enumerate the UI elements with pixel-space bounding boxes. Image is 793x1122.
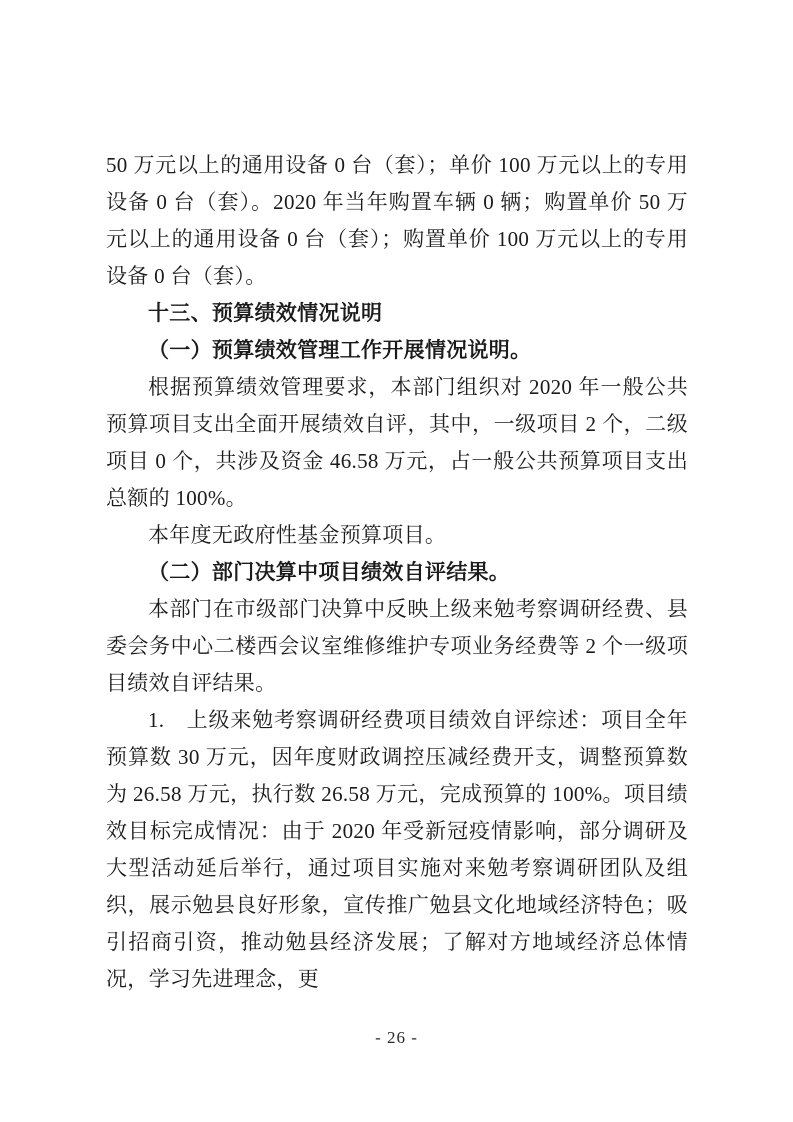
document-body: 50 万元以上的通用设备 0 台（套）；单价 100 万元以上的专用设备 0 台… bbox=[106, 147, 688, 998]
subsection-heading-2: （二）部门决算中项目绩效自评结果。 bbox=[106, 554, 688, 591]
page-number: - 26 - bbox=[375, 1028, 418, 1047]
subsection-heading-1: （一）预算绩效管理工作开展情况说明。 bbox=[106, 332, 688, 369]
page-footer: - 26 - bbox=[0, 1028, 793, 1048]
section-heading-13: 十三、预算绩效情况说明 bbox=[106, 295, 688, 332]
paragraph: 本年度无政府性基金预算项目。 bbox=[106, 517, 688, 554]
paragraph: 1. 上级来勉考察调研经费项目绩效自评综述：项目全年预算数 30 万元，因年度财… bbox=[106, 702, 688, 998]
document-page: 50 万元以上的通用设备 0 台（套）；单价 100 万元以上的专用设备 0 台… bbox=[0, 0, 793, 1122]
paragraph-continuation: 50 万元以上的通用设备 0 台（套）；单价 100 万元以上的专用设备 0 台… bbox=[106, 147, 688, 295]
paragraph: 本部门在市级部门决算中反映上级来勉考察调研经费、县委会务中心二楼西会议室维修维护… bbox=[106, 591, 688, 702]
paragraph: 根据预算绩效管理要求，本部门组织对 2020 年一般公共预算项目支出全面开展绩效… bbox=[106, 369, 688, 517]
